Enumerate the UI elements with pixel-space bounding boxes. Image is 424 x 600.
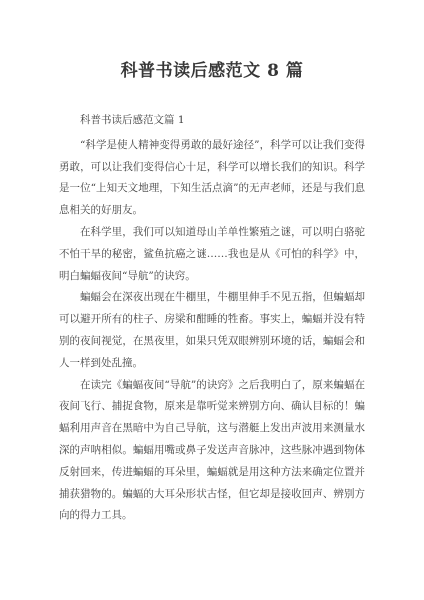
paragraph: 在科学里，我们可以知道母山羊单性繁殖之谜，可以明白骆驼不怕干旱的秘密，鲨鱼抗癌之… bbox=[59, 222, 365, 287]
page-title: 科普书读后感范文 8 篇 bbox=[0, 60, 424, 82]
document-body: 科普书读后感范文篇 1 “科学是使人精神变得勇敢的最好途径”，科学可以让我们变得… bbox=[59, 110, 365, 527]
paragraph: “科学是使人精神变得勇敢的最好途径”，科学可以让我们变得勇敢，可以让我们变得信心… bbox=[59, 135, 365, 222]
document-page: 科普书读后感范文 8 篇 科普书读后感范文篇 1 “科学是使人精神变得勇敢的最好… bbox=[0, 0, 424, 600]
section-heading: 科普书读后感范文篇 1 bbox=[59, 110, 365, 132]
paragraph: 在读完《蝙蝠夜间“导航”的诀窍》之后我明白了，原来蝙蝠在夜间飞行、捕捉食物，原来… bbox=[59, 375, 365, 528]
paragraph: 蝙蝠会在深夜出现在牛棚里，牛棚里伸手不见五指，但蝙蝠却可以避开所有的柱子、房梁和… bbox=[59, 287, 365, 374]
